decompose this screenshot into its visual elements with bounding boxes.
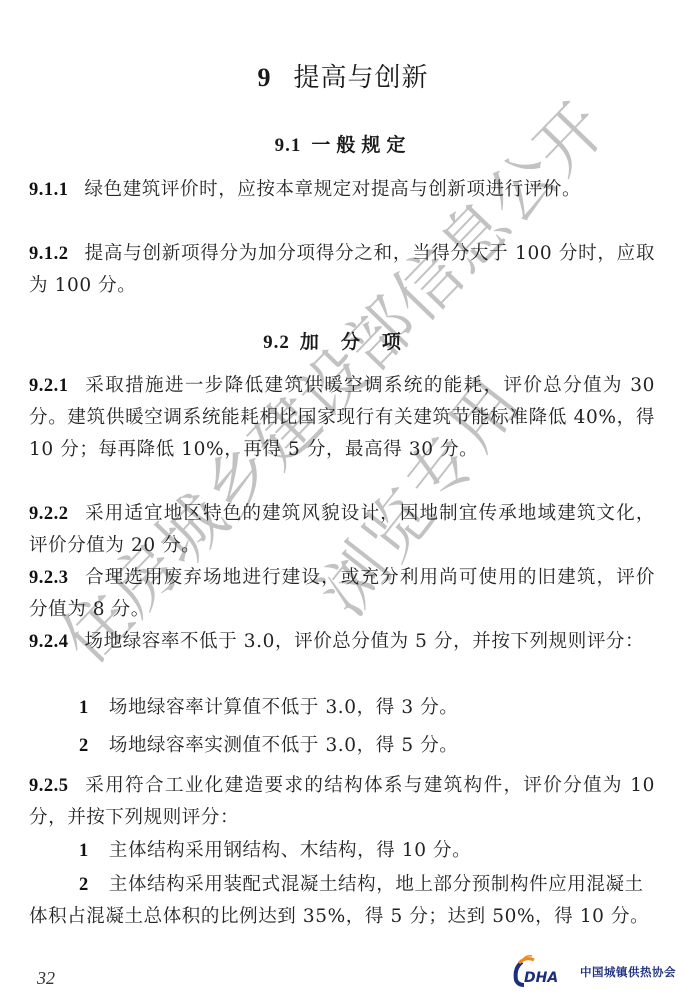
clause-text: 绿色建筑评价时，应按本章规定对提高与创新项进行评价。 — [85, 179, 582, 200]
item-text: 主体结构采用钢结构、木结构，得 10 分。 — [109, 840, 471, 861]
chapter-title: 9提高与创新 — [0, 57, 686, 94]
item-text: 场地绿容率计算值不低于 3.0，得 3 分。 — [109, 697, 459, 718]
svg-text:DHA: DHA — [524, 970, 558, 986]
clause-9-2-5-item-2: 2主体结构采用装配式混凝土结构，地上部分预制构件应用混凝土体积占混凝土总体积的比… — [29, 869, 655, 933]
clause-9-2-2: 9.2.2采用适宜地区特色的建筑风貌设计，因地制宜传承地域建筑文化，评价分值为 … — [29, 498, 655, 562]
chapter-title-text: 提高与创新 — [293, 63, 428, 93]
clause-9-2-5-item-1: 1主体结构采用钢结构、木结构，得 10 分。 — [29, 835, 655, 867]
item-text: 场地绿容率实测值不低于 3.0，得 5 分。 — [109, 735, 459, 756]
chapter-number: 9 — [257, 63, 271, 92]
clause-text: 采用符合工业化建造要求的结构体系与建筑构件，评价分值为 10 分，并按下列规则评… — [29, 775, 655, 828]
clause-9-2-5: 9.2.5采用符合工业化建造要求的结构体系与建筑构件，评价分值为 10 分，并按… — [29, 770, 655, 834]
item-number: 1 — [79, 698, 89, 718]
cdha-logo-icon: DHA — [502, 954, 576, 988]
clause-number: 9.2.5 — [29, 776, 69, 796]
section-number: 9.1 — [275, 135, 302, 156]
logo-text: 中国城镇供热协会 — [580, 964, 676, 980]
clause-number: 9.2.3 — [29, 568, 69, 588]
section-title-9-1: 9.1一般规定 — [0, 130, 686, 157]
clause-number: 9.2.1 — [29, 376, 69, 396]
clause-9-2-4: 9.2.4场地绿容率不低于 3.0，评价总分值为 5 分，并按下列规则评分： — [29, 626, 655, 658]
clause-9-1-2: 9.1.2提高与创新项得分为加分项得分之和，当得分大于 100 分时，应取为 1… — [29, 238, 655, 302]
clause-9-2-4-item-1: 1场地绿容率计算值不低于 3.0，得 3 分。 — [29, 692, 655, 724]
item-text: 主体结构采用装配式混凝土结构，地上部分预制构件应用混凝土体积占混凝土总体积的比例… — [29, 874, 649, 927]
item-number: 2 — [79, 736, 89, 756]
item-number: 2 — [79, 875, 89, 895]
clause-9-2-4-item-2: 2场地绿容率实测值不低于 3.0，得 5 分。 — [29, 730, 655, 762]
section-title-text: 一般规定 — [311, 134, 411, 156]
section-title-text: 加分项 — [300, 331, 423, 353]
clause-text: 提高与创新项得分为加分项得分之和，当得分大于 100 分时，应取为 100 分。 — [29, 243, 655, 296]
clause-number: 9.1.1 — [29, 180, 69, 200]
clause-9-1-1: 9.1.1绿色建筑评价时，应按本章规定对提高与创新项进行评价。 — [29, 174, 655, 206]
section-number: 9.2 — [263, 332, 290, 353]
clause-text: 采取措施进一步降低建筑供暖空调系统的能耗，评价总分值为 30 分。建筑供暖空调系… — [29, 375, 655, 460]
clause-number: 9.1.2 — [29, 244, 69, 264]
document-page: 住房城乡建设部信息公开 浏览专用 9提高与创新 9.1一般规定 9.1.1绿色建… — [0, 0, 686, 1000]
clause-text: 合理选用废弃场地进行建设，或充分利用尚可使用的旧建筑，评价分值为 8 分。 — [29, 567, 655, 620]
item-number: 1 — [79, 841, 89, 861]
clause-9-2-1: 9.2.1采取措施进一步降低建筑供暖空调系统的能耗，评价总分值为 30 分。建筑… — [29, 370, 655, 466]
section-title-9-2: 9.2加分项 — [0, 327, 686, 354]
clause-9-2-3: 9.2.3合理选用废弃场地进行建设，或充分利用尚可使用的旧建筑，评价分值为 8 … — [29, 562, 655, 626]
clause-text: 场地绿容率不低于 3.0，评价总分值为 5 分，并按下列规则评分： — [85, 631, 645, 652]
cdha-logo: DHA 中国城镇供热协会 — [502, 954, 686, 988]
clause-number: 9.2.2 — [29, 504, 69, 524]
clause-text: 采用适宜地区特色的建筑风貌设计，因地制宜传承地域建筑文化，评价分值为 20 分。 — [29, 503, 655, 556]
clause-number: 9.2.4 — [29, 632, 69, 652]
page-number: 32 — [37, 968, 55, 989]
